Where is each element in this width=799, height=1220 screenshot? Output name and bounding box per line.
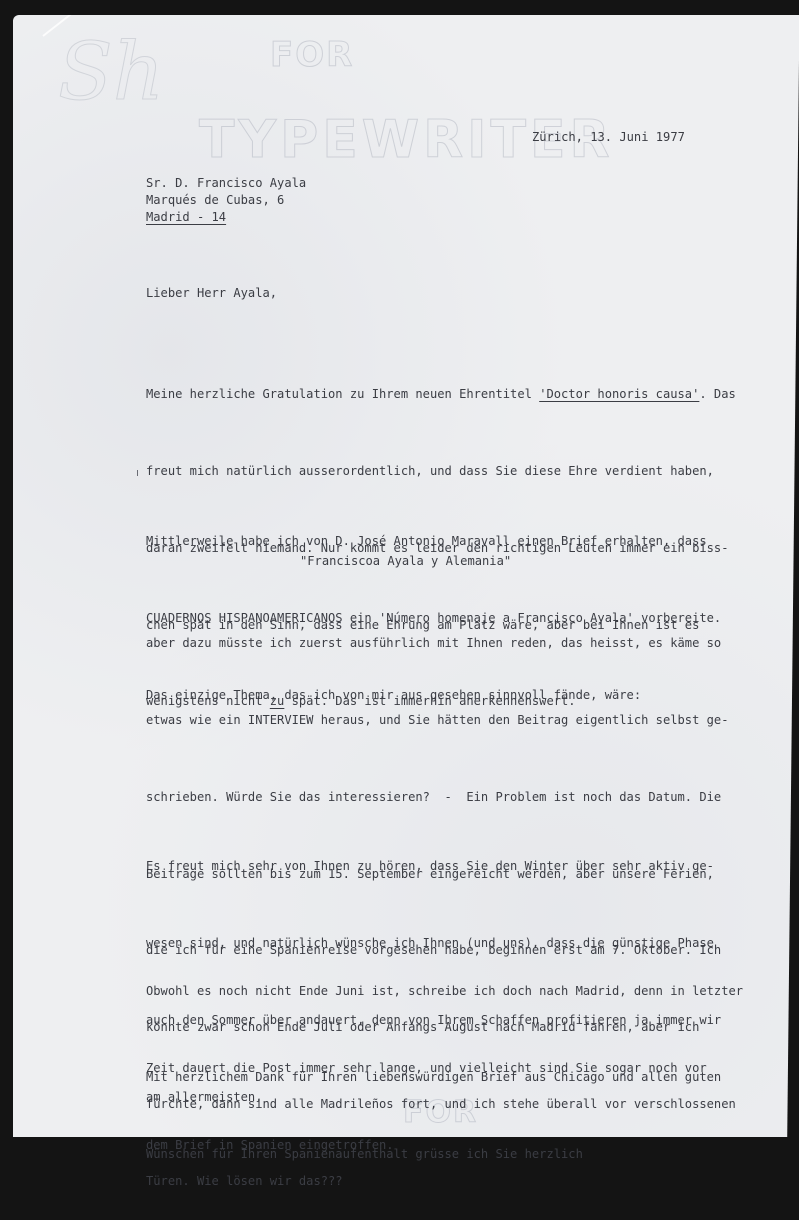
watermark-signature: Sh [58,25,164,118]
salutation: Lieber Herr Ayala, [146,286,277,300]
watermark-for: FOR [270,35,354,75]
margin-tick-mark [137,470,138,476]
text-segment: . Das [699,387,735,401]
text-line: etwas wie ein INTERVIEW heraus, und Sie … [146,708,736,734]
recipient-city: Madrid - 14 [146,209,226,226]
closing-paragraph: Mit herzlichem Dank für Ihren liebenswür… [146,1014,721,1150]
text-line: Es freut mich sehr von Ihnen zu hören, d… [146,854,721,880]
text-line: Mit herzlichem Dank für Ihren liebenswür… [146,1065,721,1091]
text-line: Wünschen für Ihren Spanienaufenthalt grü… [146,1142,721,1150]
text-line: Obwohl es noch nicht Ende Juni ist, schr… [146,979,743,1005]
text-line: Meine herzliche Gratulation zu Ihrem neu… [146,382,736,408]
text-line: aber dazu müsste ich zuerst ausführlich … [146,631,736,657]
recipient-name: Sr. D. Francisco Ayala [146,175,306,192]
honorary-title: 'Doctor honoris causa' [539,387,699,401]
proposed-topic-quote: "Franciscoa Ayala y Alemania" [300,554,511,568]
text-segment: Meine herzliche Gratulation zu Ihrem neu… [146,387,539,401]
letter-date: Zürich, 13. Juni 1977 [532,130,685,144]
recipient-street: Marqués de Cubas, 6 [146,192,284,209]
text-line: Mittlerweile habe ich von D. José Antoni… [146,529,721,555]
